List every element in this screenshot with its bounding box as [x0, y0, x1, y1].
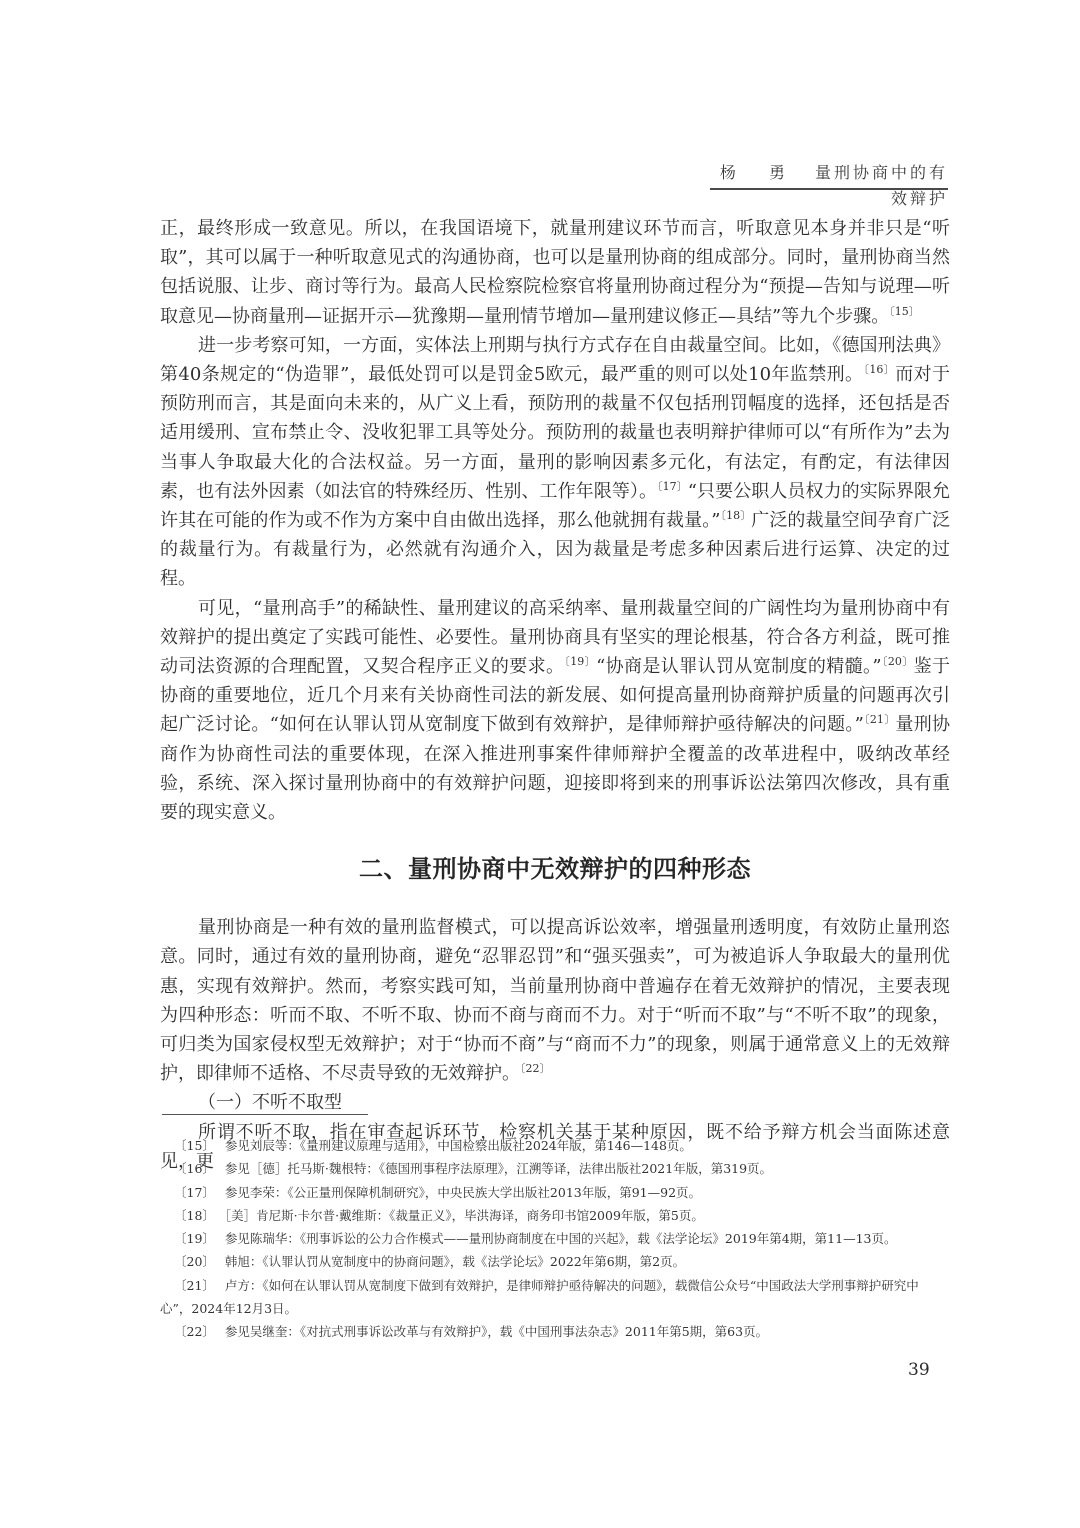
- footnote-18: 〔18〕［美］肯尼斯·卡尔普·戴维斯：《裁量正义》，毕洪海译，商务印书馆2009…: [160, 1204, 950, 1227]
- footnote-21: 〔21〕卢方：《如何在认罪认罚从宽制度下做到有效辩护，是律师辩护亟待解决的问题》…: [160, 1274, 950, 1321]
- paragraph-text: “协商是认罪认罚从宽制度的精髓。”: [596, 656, 882, 677]
- footnote-number: 〔22〕: [174, 1324, 215, 1339]
- footnote-20: 〔20〕韩旭：《认罪认罚从宽制度中的协商问题》，载《法学论坛》2022年第6期，…: [160, 1250, 950, 1273]
- page-number: 39: [908, 1360, 930, 1380]
- footnote-number: 〔21〕: [174, 1278, 215, 1293]
- footnote-number: 〔15〕: [174, 1138, 215, 1153]
- footnote-text: 参见［德］托马斯·魏根特：《德国刑事程序法原理》，江溯等译，法律出版社2021年…: [225, 1161, 772, 1176]
- footnote-ref-22[interactable]: 〔22〕: [520, 1062, 551, 1075]
- footnotes: 〔15〕参见刘辰等：《量刑建议原理与适用》，中国检察出版社2024年版，第146…: [160, 1134, 950, 1344]
- footnote-ref-17[interactable]: 〔17〕: [657, 480, 688, 493]
- footnote-separator: [162, 1114, 368, 1115]
- paragraph-text: 进一步考察可知，一方面，实体法上刑期与执行方式存在自由裁量空间。比如，《德国刑法…: [160, 335, 950, 385]
- footnote-text: ［美］肯尼斯·卡尔普·戴维斯：《裁量正义》，毕洪海译，商务印书馆2009年版，第…: [225, 1208, 704, 1223]
- footnote-ref-15[interactable]: 〔15〕: [889, 305, 920, 318]
- running-header: 杨 勇量刑协商中的有效辩护: [710, 160, 948, 190]
- paragraph-4: 量刑协商是一种有效的量刑监督模式，可以提高诉讼效率，增强量刑透明度，有效防止量刑…: [160, 913, 950, 1088]
- header-author: 杨 勇: [720, 163, 799, 182]
- footnote-text: 参见李荣：《公正量刑保障机制研究》，中央民族大学出版社2013年版，第91—92…: [225, 1185, 701, 1200]
- header-article-title: 量刑协商中的有效辩护: [815, 163, 948, 208]
- footnote-number: 〔17〕: [174, 1185, 215, 1200]
- footnote-number: 〔16〕: [174, 1161, 215, 1176]
- footnote-number: 〔18〕: [174, 1208, 215, 1223]
- footnote-text: 卢方：《如何在认罪认罚从宽制度下做到有效辩护，是律师辩护亟待解决的问题》，载微信…: [160, 1278, 919, 1316]
- footnote-ref-19[interactable]: 〔19〕: [564, 655, 596, 668]
- footnote-text: 参见刘辰等：《量刑建议原理与适用》，中国检察出版社2024年版，第146—148…: [225, 1138, 692, 1153]
- paragraph-3: 可见，“量刑高手”的稀缺性、量刑建议的高采纳率、量刑裁量空间的广阔性均为量刑协商…: [160, 594, 950, 828]
- section-title: 二、量刑协商中无效辩护的四种形态: [160, 853, 950, 885]
- footnote-19: 〔19〕参见陈瑞华：《刑事诉讼的公力合作模式——量刑协商制度在中国的兴起》，载《…: [160, 1227, 950, 1250]
- paragraph-text: 量刑协商是一种有效的量刑监督模式，可以提高诉讼效率，增强量刑透明度，有效防止量刑…: [160, 917, 950, 1084]
- article-body: 正，最终形成一致意见。所以，在我国语境下，就量刑建议环节而言，听取意见本身并非只…: [160, 214, 950, 1176]
- footnote-ref-20[interactable]: 〔20〕: [882, 655, 914, 668]
- footnote-17: 〔17〕参见李荣：《公正量刑保障机制研究》，中央民族大学出版社2013年版，第9…: [160, 1181, 950, 1204]
- footnote-text: 参见吴继奎：《对抗式刑事诉讼改革与有效辩护》，载《中国刑事法杂志》2011年第5…: [225, 1324, 768, 1339]
- footnote-ref-21[interactable]: 〔21〕: [864, 713, 896, 726]
- footnote-16: 〔16〕参见［德］托马斯·魏根特：《德国刑事程序法原理》，江溯等译，法律出版社2…: [160, 1157, 950, 1180]
- footnote-ref-16[interactable]: 〔16〕: [863, 363, 895, 376]
- footnote-text: 韩旭：《认罪认罚从宽制度中的协商问题》，载《法学论坛》2022年第6期，第2页。: [225, 1254, 685, 1269]
- footnote-text: 参见陈瑞华：《刑事诉讼的公力合作模式——量刑协商制度在中国的兴起》，载《法学论坛…: [225, 1231, 897, 1246]
- paragraph-text: 正，最终形成一致意见。所以，在我国语境下，就量刑建议环节而言，听取意见本身并非只…: [160, 218, 950, 327]
- paragraph-2: 进一步考察可知，一方面，实体法上刑期与执行方式存在自由裁量空间。比如，《德国刑法…: [160, 331, 950, 594]
- footnote-number: 〔20〕: [174, 1254, 215, 1269]
- footnote-22: 〔22〕参见吴继奎：《对抗式刑事诉讼改革与有效辩护》，载《中国刑事法杂志》201…: [160, 1320, 950, 1343]
- paragraph-1: 正，最终形成一致意见。所以，在我国语境下，就量刑建议环节而言，听取意见本身并非只…: [160, 214, 950, 331]
- footnote-15: 〔15〕参见刘辰等：《量刑建议原理与适用》，中国检察出版社2024年版，第146…: [160, 1134, 950, 1157]
- footnote-number: 〔19〕: [174, 1231, 215, 1246]
- footnote-ref-18[interactable]: 〔18〕: [720, 509, 751, 522]
